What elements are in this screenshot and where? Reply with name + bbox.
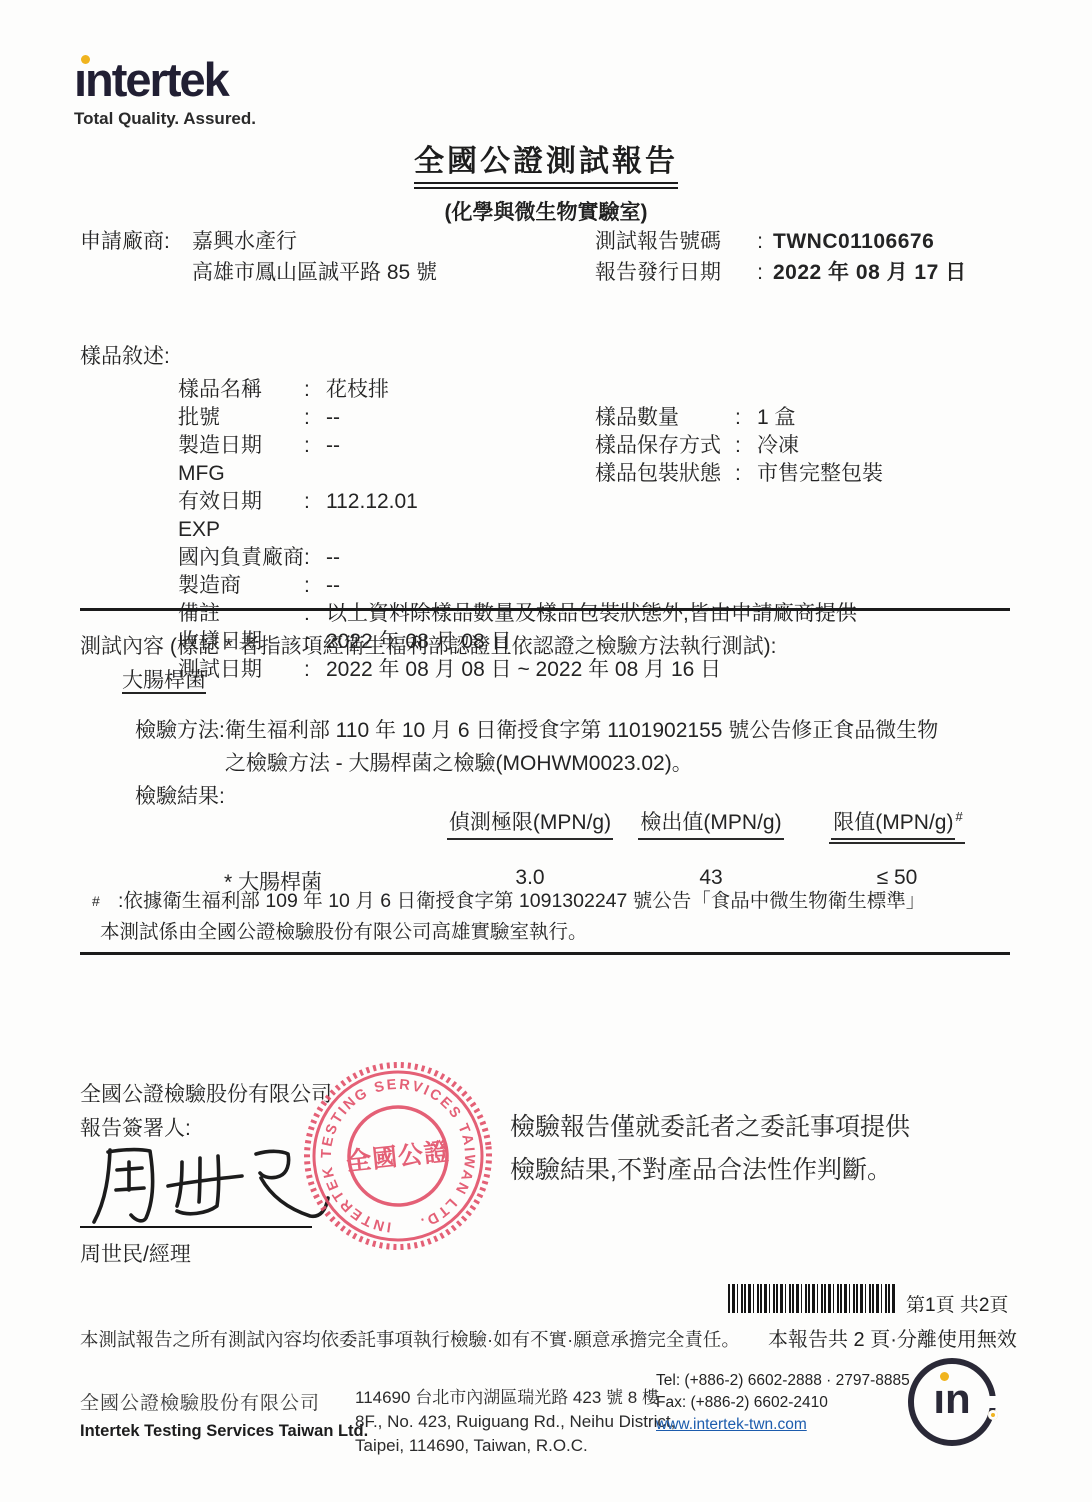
footnote-hash: # bbox=[92, 886, 118, 917]
colon: : bbox=[304, 376, 326, 404]
colon: : bbox=[304, 656, 326, 684]
table-header-result: 檢出值(MPN/g) bbox=[625, 806, 797, 844]
footer-address-en2: Taipei, 114690, Taiwan, R.O.C. bbox=[355, 1434, 675, 1458]
sample-field-row: 備註 : 以上資料除樣品數量及樣品包裝狀態外,皆由申請廠商提供 bbox=[178, 600, 1018, 628]
field-label: 樣品數量 bbox=[595, 404, 735, 432]
field-label: 製造日期 MFG bbox=[178, 432, 304, 488]
field-label: 樣品名稱 bbox=[178, 376, 304, 404]
field-value: -- bbox=[326, 572, 1018, 600]
header-limit-text: 限值(MPN/g) bbox=[831, 806, 955, 840]
colon: : bbox=[304, 544, 326, 572]
field-value: 冷凍 bbox=[757, 432, 799, 460]
logo-yellow-dot-icon bbox=[81, 55, 90, 64]
sample-field-row: 樣品數量 : 1 盒 bbox=[595, 404, 883, 432]
field-label: 備註 bbox=[178, 600, 304, 628]
field-value: 1 盒 bbox=[757, 404, 796, 432]
handwritten-signature bbox=[84, 1142, 334, 1234]
test-intro: 測試內容 (標記 * 者指該項經衛生福利部認證且依認證之檢驗方法執行測試): bbox=[80, 630, 777, 660]
colon: : bbox=[304, 488, 326, 544]
field-value: 以上資料除樣品數量及樣品包裝狀態外,皆由申請廠商提供 bbox=[326, 600, 1018, 628]
analyte-group-title: 大腸桿菌 bbox=[122, 664, 206, 694]
report-meta-block: 測試報告號碼 : TWNC01106676 報告發行日期 : 2022 年 08… bbox=[595, 226, 967, 288]
signer-name-title: 周世民/經理 bbox=[80, 1238, 191, 1268]
report-no-value: TWNC01106676 bbox=[773, 226, 934, 257]
footer-company-en: Intertek Testing Services Taiwan Ltd. bbox=[80, 1422, 368, 1441]
report-page: ıntertek Total Quality. Assured. 全國公證測試報… bbox=[0, 0, 1092, 1502]
pages-note: 本報告共 2 頁·分離使用無效 bbox=[768, 1323, 1017, 1352]
footnote-line1: :依據衛生福利部 109 年 10 月 6 日衛授食字第 1091302247 … bbox=[118, 886, 925, 917]
colon: : bbox=[735, 404, 757, 432]
page-indicator: 第1頁 共2頁 bbox=[906, 1290, 1008, 1317]
colon: : bbox=[304, 600, 326, 628]
field-label: 樣品包裝狀態 bbox=[595, 460, 735, 488]
footer-address-en1: 8F., No. 423, Ruiguang Rd., Neihu Distri… bbox=[355, 1410, 675, 1434]
footer-address-zh: 114690 台北市內湖區瑞光路 423 號 8 樓 bbox=[355, 1386, 675, 1410]
sample-field-row: 測試日期 : 2022 年 08 月 08 日 ~ 2022 年 08 月 16… bbox=[178, 656, 1018, 684]
colon: : bbox=[304, 432, 326, 488]
header-text: 限值(MPN/g)# bbox=[829, 806, 964, 844]
field-value: 花枝排 bbox=[326, 376, 1018, 404]
sample-field-row: 國內負責廠商 : -- bbox=[178, 544, 1018, 572]
header-limit-sup: # bbox=[955, 809, 962, 824]
method-label: 檢驗方法: bbox=[135, 714, 225, 780]
company-seal-stamp: INTERTEK TESTING SERVICES TAIWAN LTD. 全國… bbox=[290, 1048, 505, 1263]
sample-right-fields: 樣品數量 : 1 盒 樣品保存方式 : 冷凍 樣品包裝狀態 : 市售完整包裝 bbox=[595, 404, 883, 488]
roundel-edge-dot-icon bbox=[988, 1410, 998, 1420]
colon: : bbox=[304, 572, 326, 600]
field-label: 批號 bbox=[178, 404, 304, 432]
table-header-limit: 限值(MPN/g)# bbox=[797, 806, 997, 844]
roundel-i-dot-icon bbox=[940, 1372, 949, 1381]
colon: : bbox=[747, 257, 773, 288]
title-double-underline: 全國公證測試報告 bbox=[414, 136, 678, 189]
stamp-center-text: 全國公證 bbox=[345, 1137, 451, 1177]
field-value: -- bbox=[326, 544, 1018, 572]
sample-field-row: 樣品包裝狀態 : 市售完整包裝 bbox=[595, 460, 883, 488]
report-title-block: 全國公證測試報告 (化學與微生物實驗室) bbox=[0, 136, 1092, 226]
intertek-logo-wordmark: ıntertek bbox=[74, 56, 256, 103]
applicant-block: 申請廠商: 嘉興水產行 高雄市鳳山區誠平路 85 號 bbox=[80, 226, 437, 288]
page-subtitle: (化學與微生物實驗室) bbox=[0, 196, 1092, 226]
colon: : bbox=[747, 226, 773, 257]
integrity-note: 本測試報告之所有測試內容均依委託事項執行檢驗·如有不實·願意承擔完全責任。 bbox=[80, 1326, 740, 1352]
applicant-address: 高雄市鳳山區誠平路 85 號 bbox=[192, 257, 437, 288]
footer-company-zh: 全國公證檢驗股份有限公司 bbox=[80, 1388, 368, 1415]
field-value: 2022 年 08 月 08 日 ~ 2022 年 08 月 16 日 bbox=[326, 656, 1018, 684]
field-label: 有效日期 EXP bbox=[178, 488, 304, 544]
applicant-name: 嘉興水產行 bbox=[192, 226, 297, 257]
disclaimer-line2: 檢驗結果,不對產品合法性作判斷。 bbox=[510, 1149, 910, 1192]
report-no-label: 測試報告號碼 bbox=[595, 226, 747, 257]
field-label: 國內負責廠商 bbox=[178, 544, 304, 572]
intertek-roundel-logo: ın bbox=[908, 1358, 996, 1446]
issue-date-label: 報告發行日期 bbox=[595, 257, 747, 288]
field-label: 製造商 bbox=[178, 572, 304, 600]
logo-tagline: Total Quality. Assured. bbox=[74, 109, 256, 129]
header-text: 偵測極限(MPN/g) bbox=[447, 806, 613, 840]
table-header-empty bbox=[200, 806, 435, 844]
test-method: 檢驗方法: 衛生福利部 110 年 10 月 6 日衛授食字第 11019021… bbox=[135, 714, 955, 780]
field-label: 樣品保存方式 bbox=[595, 432, 735, 460]
issue-date-value: 2022 年 08 月 17 日 bbox=[773, 257, 967, 288]
footer-fax: Fax: (+886-2) 6602-2410 bbox=[656, 1392, 910, 1414]
section-divider bbox=[80, 608, 1010, 611]
header-text: 檢出值(MPN/g) bbox=[638, 806, 783, 840]
section-divider bbox=[80, 952, 1010, 955]
colon: : bbox=[304, 404, 326, 432]
barcode bbox=[728, 1284, 896, 1313]
table-header-detection-limit: 偵測極限(MPN/g) bbox=[435, 806, 625, 844]
roundel-in-text: ın bbox=[914, 1378, 990, 1420]
footnote-block: # :依據衛生福利部 109 年 10 月 6 日衛授食字第 109130224… bbox=[92, 886, 925, 948]
footer-tel: Tel: (+886-2) 6602-2888 · 2797-8885 bbox=[656, 1370, 910, 1392]
intertek-logo: ıntertek Total Quality. Assured. bbox=[74, 56, 256, 129]
page-title: 全國公證測試報告 bbox=[414, 136, 678, 184]
sample-field-row: 製造商 : -- bbox=[178, 572, 1018, 600]
footer-contact-block: Tel: (+886-2) 6602-2888 · 2797-8885 Fax:… bbox=[656, 1370, 910, 1436]
field-value: 112.12.01 bbox=[326, 488, 1018, 544]
footnote-line2: 本測試係由全國公證檢驗股份有限公司高雄實驗室執行。 bbox=[100, 917, 925, 948]
applicant-label: 申請廠商: bbox=[80, 226, 192, 257]
sample-section-title: 樣品敘述: bbox=[80, 340, 170, 370]
results-table: 偵測極限(MPN/g) 檢出值(MPN/g) 限值(MPN/g)# * 大腸桿菌… bbox=[200, 806, 997, 896]
footer-address-block: 114690 台北市內湖區瑞光路 423 號 8 樓 8F., No. 423,… bbox=[355, 1386, 675, 1458]
signature-line bbox=[80, 1226, 312, 1228]
footer-company-block: 全國公證檢驗股份有限公司 Intertek Testing Services T… bbox=[80, 1388, 368, 1441]
disclaimer-line1: 檢驗報告僅就委託者之委託事項提供 bbox=[510, 1106, 910, 1149]
method-text: 衛生福利部 110 年 10 月 6 日衛授食字第 1101902155 號公告… bbox=[225, 714, 955, 780]
colon: : bbox=[735, 432, 757, 460]
sample-field-row: 樣品名稱 : 花枝排 bbox=[178, 376, 1018, 404]
disclaimer-text: 檢驗報告僅就委託者之委託事項提供 檢驗結果,不對產品合法性作判斷。 bbox=[510, 1106, 910, 1192]
sample-field-row: 有效日期 EXP : 112.12.01 bbox=[178, 488, 1018, 544]
colon: : bbox=[735, 460, 757, 488]
sample-field-row: 樣品保存方式 : 冷凍 bbox=[595, 432, 883, 460]
intertek-logo-text: ıntertek bbox=[74, 53, 228, 106]
field-value: 市售完整包裝 bbox=[757, 460, 883, 488]
footer-website-link[interactable]: www.intertek-twn.com bbox=[656, 1416, 807, 1433]
